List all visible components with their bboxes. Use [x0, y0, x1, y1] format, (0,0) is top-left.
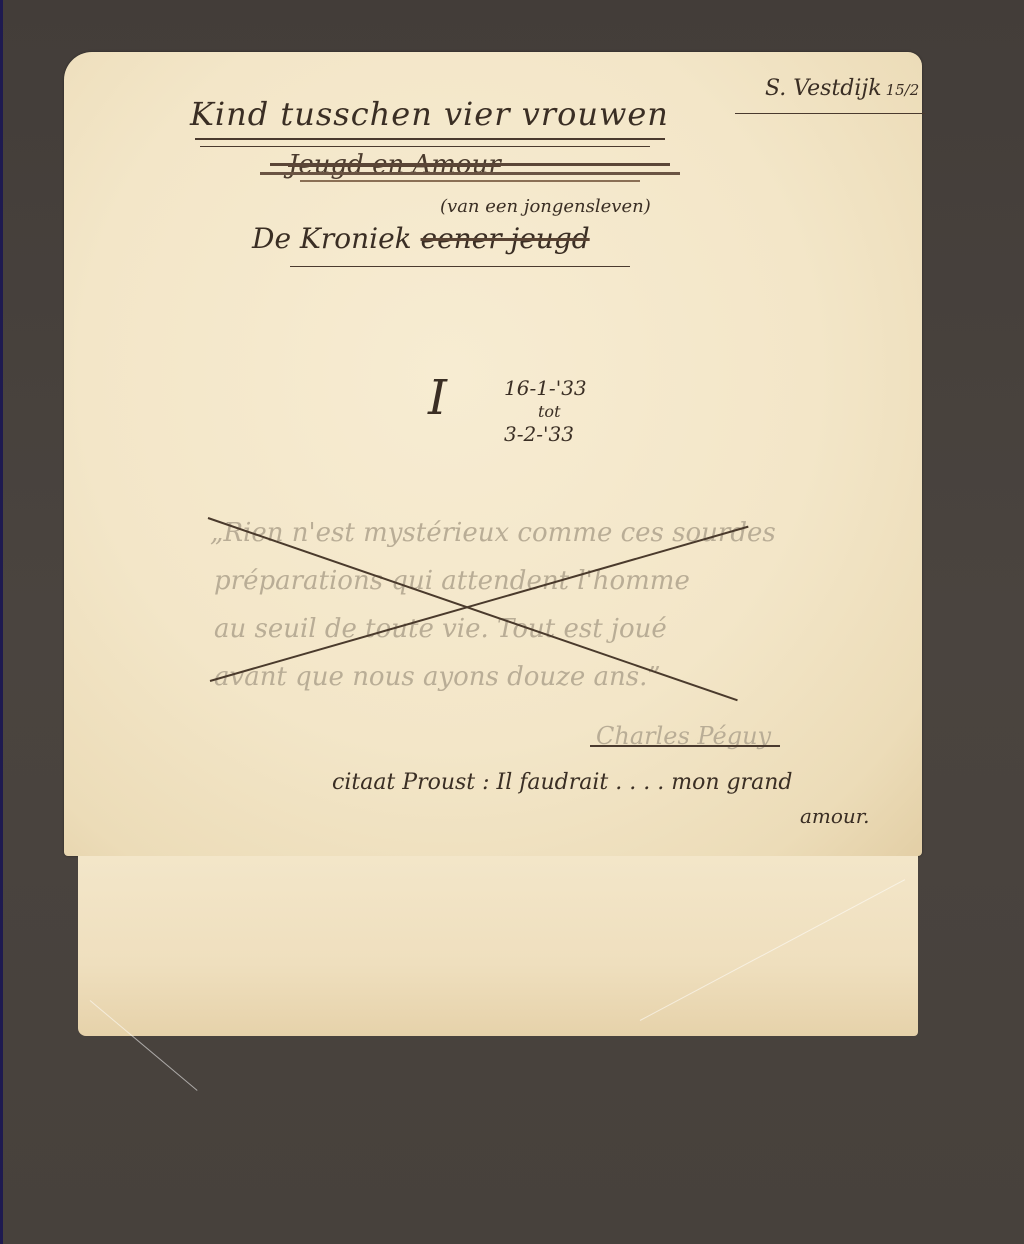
- manuscript-page-lower: [78, 856, 918, 1036]
- signature-underline: [735, 113, 925, 114]
- subtitle-insertion: (van een jongensleven): [440, 196, 651, 217]
- subtitle: De Kroniek eener jeugd: [252, 222, 590, 255]
- subtitle-underline: [290, 266, 630, 267]
- epigraph-line: avant que nous ayons douze ans.”: [214, 662, 661, 692]
- attribution-strike: [590, 745, 780, 747]
- proust-note: citaat Proust : Il faudrait . . . . mon …: [332, 770, 792, 795]
- strike-line: [260, 172, 680, 175]
- section-numeral: I: [428, 370, 447, 426]
- date-to: 3-2-'33: [504, 422, 574, 446]
- subtitle-text: De Kroniek: [252, 222, 412, 255]
- author-signature: S. Vestdijk15/2: [765, 76, 919, 101]
- strike-line: [270, 163, 670, 166]
- proust-note-continuation: amour.: [800, 804, 870, 828]
- title-underline-2: [200, 146, 650, 147]
- date-from: 16-1-'33: [504, 376, 587, 400]
- epigraph-line: préparations qui attendent l'homme: [214, 566, 690, 596]
- strike-line: [300, 180, 640, 182]
- date-connector: tot: [538, 402, 561, 421]
- author-name: S. Vestdijk: [765, 76, 882, 101]
- epigraph-line: au seuil de toute vie. Tout est joué: [214, 614, 667, 644]
- subtitle-struck-text: eener jeugd: [421, 222, 590, 255]
- main-title: Kind tusschen vier vrouwen: [190, 95, 669, 133]
- title-underline: [195, 138, 665, 140]
- scan-edge: [0, 0, 3, 1244]
- signature-date: 15/2: [886, 81, 920, 99]
